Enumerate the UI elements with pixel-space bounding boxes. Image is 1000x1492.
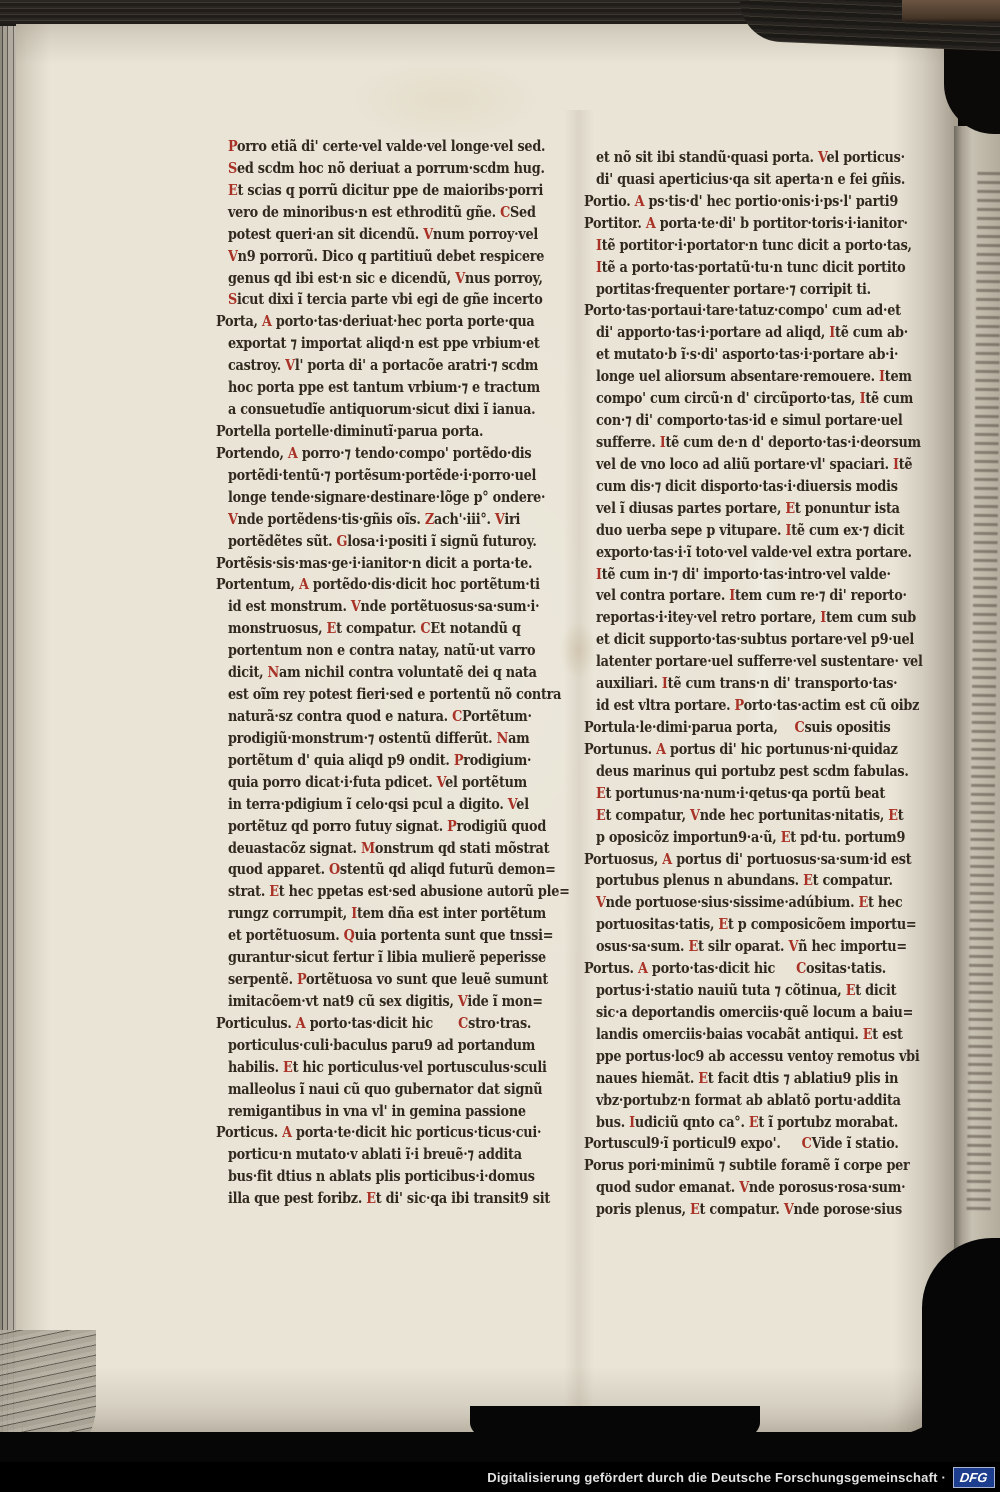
text-line: portẽdẽtes sũt. Glosa·i·positi ĩ signũ f…: [216, 531, 570, 553]
text-line: Portẽsis·sis·mas·ge·i·ianitor·n dicit a …: [216, 553, 570, 575]
text-line: Porto·tas·portaui·tare·tatuz·compo' cum …: [584, 300, 923, 322]
text-line: di' apporto·tas·i·portare ad aliqd, Itẽ …: [584, 322, 923, 344]
text-line: habilis. Et hic porticulus·vel portuscul…: [216, 1057, 570, 1079]
text-line: in terra·pdigium ĩ celo·qsi pcul a digit…: [216, 794, 570, 816]
text-line: Vn9 porrorũ. Dico q partitiuũ debet resp…: [216, 246, 570, 268]
text-line: portẽdi·tentũ·⁊ portẽsum·portẽde·i·porro…: [216, 465, 570, 487]
text-line: castroy. Vl' porta di' a portacõe aratri…: [216, 355, 570, 377]
text-line: Itẽ cum in·⁊ di' importo·tas·intro·vel v…: [584, 564, 923, 586]
text-line: Sed scdm hoc nõ deriuat a porrum·scdm hu…: [216, 158, 570, 180]
text-line: compo' cum circũ·n d' circũporto·tas, It…: [584, 388, 923, 410]
text-line: portẽtuz qd porro futuy signat. Prodigiũ…: [216, 816, 570, 838]
text-line: porticu·n mutato·v ablati ĩ·i breuẽ·⁊ ad…: [216, 1144, 570, 1166]
text-line: Portus. A porto·tas·dicit hic Cositas·ta…: [584, 958, 923, 980]
text-line: auxiliari. Itẽ cum trans·n di' transport…: [584, 673, 923, 695]
text-line: Portitor. A porta·te·di' b portitor·tori…: [584, 213, 923, 235]
digitization-credit: Digitalisierung gefördert durch die Deut…: [487, 1470, 946, 1485]
next-page-fore-edge: [954, 126, 1000, 1272]
text-line: id est monstrum. Vnde portẽtuosus·sa·sum…: [216, 596, 570, 618]
text-line: dicit, Nam nichil contra voluntatẽ dei q…: [216, 662, 570, 684]
text-line: deuastacõz signat. Monstrum qd stati mõs…: [216, 838, 570, 860]
text-line: et dicit supporto·tas·subtus portare·vel…: [584, 629, 923, 651]
text-line: monstruosus, Et compatur. CEt notandũ q: [216, 618, 570, 640]
text-line: serpentẽ. Portẽtuosa vo sunt que leuẽ su…: [216, 969, 570, 991]
text-line: Porta, A porto·tas·deriuat·hec porta por…: [216, 311, 570, 333]
text-line: Portendo, A porro·⁊ tendo·compo' portẽdo…: [216, 443, 570, 465]
text-line: quod sudor emanat. Vnde porosus·rosa·sum…: [584, 1177, 923, 1199]
text-line: naues hiemãt. Et facit dtis ⁊ ablatiu9 p…: [584, 1068, 923, 1090]
text-line: exportat ⁊ importat aliqd·n est ppe vrbi…: [216, 333, 570, 355]
text-line: bus·fit dtius n ablats plis porticibus·i…: [216, 1166, 570, 1188]
text-line: portẽtum d' quia aliqd p9 ondit. Prodigi…: [216, 750, 570, 772]
text-line: prodigiũ·monstrum·⁊ ostentũ differũt. Na…: [216, 728, 570, 750]
text-line: et portẽtuosum. Quia portenta sunt que t…: [216, 925, 570, 947]
text-line: ppe portus·loc9 ab accessu ventoy remotu…: [584, 1046, 923, 1068]
text-line: portentum non e contra natay, natũ·ut va…: [216, 640, 570, 662]
text-line: vel contra portare. Item cum re·⁊ di' re…: [584, 585, 923, 607]
text-line: Portentum, A portẽdo·dis·dicit hoc portẽ…: [216, 574, 570, 596]
text-line: di' quasi aperticius·qa sit aperta·n e f…: [584, 169, 923, 191]
text-line: exporto·tas·i·ĩ toto·vel valde·vel extra…: [584, 542, 923, 564]
text-line: portus·i·statio nauiũ tuta ⁊ cõtinua, Et…: [584, 980, 923, 1002]
text-line: Et compatur, Vnde hec portunitas·nitatis…: [584, 805, 923, 827]
text-line: Itẽ portitor·i·portator·n tunc dicit a p…: [584, 235, 923, 257]
text-line: Porro etiã di' certe·vel valde·vel longe…: [216, 136, 570, 158]
text-line: porticulus·culi·baculus paru9 ad portand…: [216, 1035, 570, 1057]
text-line: remigantibus in vna vl' in gemina passio…: [216, 1101, 570, 1123]
caption-bar: Digitalisierung gefördert durch die Deut…: [0, 1462, 1000, 1492]
text-line: poris plenus, Et compatur. Vnde porose·s…: [584, 1199, 923, 1221]
text-line: quia porro dicat·i·futa pdicet. Vel port…: [216, 772, 570, 794]
text-line: p oposicõz importun9·a·ũ, Et pd·tu. port…: [584, 827, 923, 849]
text-line: id est vltra portare. Porto·tas·actim es…: [584, 695, 923, 717]
text-line: landis omerciis·baias vocabãt antiqui. E…: [584, 1024, 923, 1046]
text-line: Portio. A ps·tis·d' hec portio·onis·i·ps…: [584, 191, 923, 213]
text-line: longe tende·signare·destinare·lõge p° on…: [216, 487, 570, 509]
text-line: duo uerba sepe p vitupare. Itẽ cum ex·⁊ …: [584, 520, 923, 542]
text-line: est oĩm rey potest fieri·sed e portentũ …: [216, 684, 570, 706]
dfg-logo: DFG: [953, 1467, 995, 1488]
text-line: latenter portare·uel sufferre·vel susten…: [584, 651, 923, 673]
text-line: sic·a deportandis omerciis·quẽ locum a b…: [584, 1002, 923, 1024]
text-line: Portuscul9·ĩ porticul9 expo'. CVide ĩ st…: [584, 1133, 923, 1155]
text-line: vel de vno loco ad aliũ portare·vl' spac…: [584, 454, 923, 476]
text-line: imitacõem·vt nat9 cũ sex digitis, Vide ĩ…: [216, 991, 570, 1013]
binding-corner: [902, 0, 1000, 22]
text-line: strat. Et hec ppetas est·sed abusione au…: [216, 881, 570, 903]
book-scan: Porro etiã di' certe·vel valde·vel longe…: [0, 0, 1000, 1492]
text-line: Vnde portẽdens·tis·gñis oĩs. Zach'·iii°.…: [216, 509, 570, 531]
text-line: hoc porta ppe est tantum vrbium·⁊ e trac…: [216, 377, 570, 399]
text-line: quod apparet. Ostentũ qd aliqd futurũ de…: [216, 859, 570, 881]
text-line: osus·sa·sum. Et silr oparat. Vñ hec impo…: [584, 936, 923, 958]
text-line: et mutato·b ĩ·s·di' asporto·tas·i·portar…: [584, 344, 923, 366]
text-line: portuositas·tatis, Et p composicõem impo…: [584, 914, 923, 936]
text-line: gurantur·sicut fertur ĩ libia mulierẽ pe…: [216, 947, 570, 969]
text-line: Itẽ a porto·tas·portatũ·tu·n tunc dicit …: [584, 257, 923, 279]
text-line: Vnde portuose·sius·sissime·adúbium. Et h…: [584, 892, 923, 914]
text-line: Porticus. A porta·te·dicit hic porticus·…: [216, 1122, 570, 1144]
text-line: vbz·portubz·n format ab ablatõ portu·add…: [584, 1090, 923, 1112]
text-line: reportas·i·itey·vel retro portare, Item …: [584, 607, 923, 629]
text-line: Et scias q porrũ dicitur ppe de maioribs…: [216, 180, 570, 202]
text-line: cum dis·⁊ dicit disporto·tas·i·diuersis …: [584, 476, 923, 498]
text-line: vero de minoribus·n est ethroditũ gñe. C…: [216, 202, 570, 224]
text-line: sufferre. Itẽ cum de·n d' deporto·tas·i·…: [584, 432, 923, 454]
text-line: portitas·frequenter portare·⁊ corripit t…: [584, 279, 923, 301]
scan-bottom-background: [0, 1432, 1000, 1462]
text-line: a consuetudĩe antiquorum·sicut dixi ĩ ia…: [216, 399, 570, 421]
text-line: deus marinus qui portubz pest scdm fabul…: [584, 761, 923, 783]
text-line: Et portunus·na·num·i·qetus·qa portũ beat: [584, 783, 923, 805]
text-column-right: et nõ sit ibi standũ·quasi porta. Vel po…: [584, 147, 980, 1221]
text-line: bus. Iudiciũ qnto ca°. Et ĩ portubz mora…: [584, 1112, 923, 1134]
text-line: malleolus ĩ naui cũ quo gubernator dat s…: [216, 1079, 570, 1101]
text-line: Portunus. A portus di' hic portunus·ni·q…: [584, 739, 923, 761]
text-line: genus qd ibi est·n sic e dicendũ, Vnus p…: [216, 268, 570, 290]
text-line: Portula·le·dimi·parua porta, Csuis oposi…: [584, 717, 923, 739]
text-line: illa que pest foribz. Et di' sic·qa ibi …: [216, 1188, 570, 1210]
text-line: Portuosus, A portus di' portuosus·sa·sum…: [584, 849, 923, 871]
text-line: naturã·sz contra quod e natura. CPortẽtu…: [216, 706, 570, 728]
text-line: potest queri·an sit dicendũ. Vnum porroy…: [216, 224, 570, 246]
text-line: Portella portelle·diminutĩ·parua porta.: [216, 421, 570, 443]
text-line: vel ĩ diusas partes portare, Et ponuntur…: [584, 498, 923, 520]
text-line: rungz corrumpit, Item dña est inter port…: [216, 903, 570, 925]
text-column-left: Porro etiã di' certe·vel valde·vel longe…: [216, 136, 630, 1210]
text-line: portubus plenus n abundans. Et compatur.: [584, 870, 923, 892]
text-line: Porus pori·minimũ ⁊ subtile foramẽ ĩ cor…: [584, 1155, 923, 1177]
text-line: longe uel aliorsum absentare·remouere. I…: [584, 366, 923, 388]
text-line: con·⁊ di' comporto·tas·id e simul portar…: [584, 410, 923, 432]
text-line: et nõ sit ibi standũ·quasi porta. Vel po…: [584, 147, 923, 169]
text-line: Porticulus. A porto·tas·dicit hic Cstro·…: [216, 1013, 570, 1035]
next-page-ghost-text: [967, 172, 1000, 1212]
text-line: Sicut dixi ĩ tercia parte vbi egi de gñe…: [216, 289, 570, 311]
